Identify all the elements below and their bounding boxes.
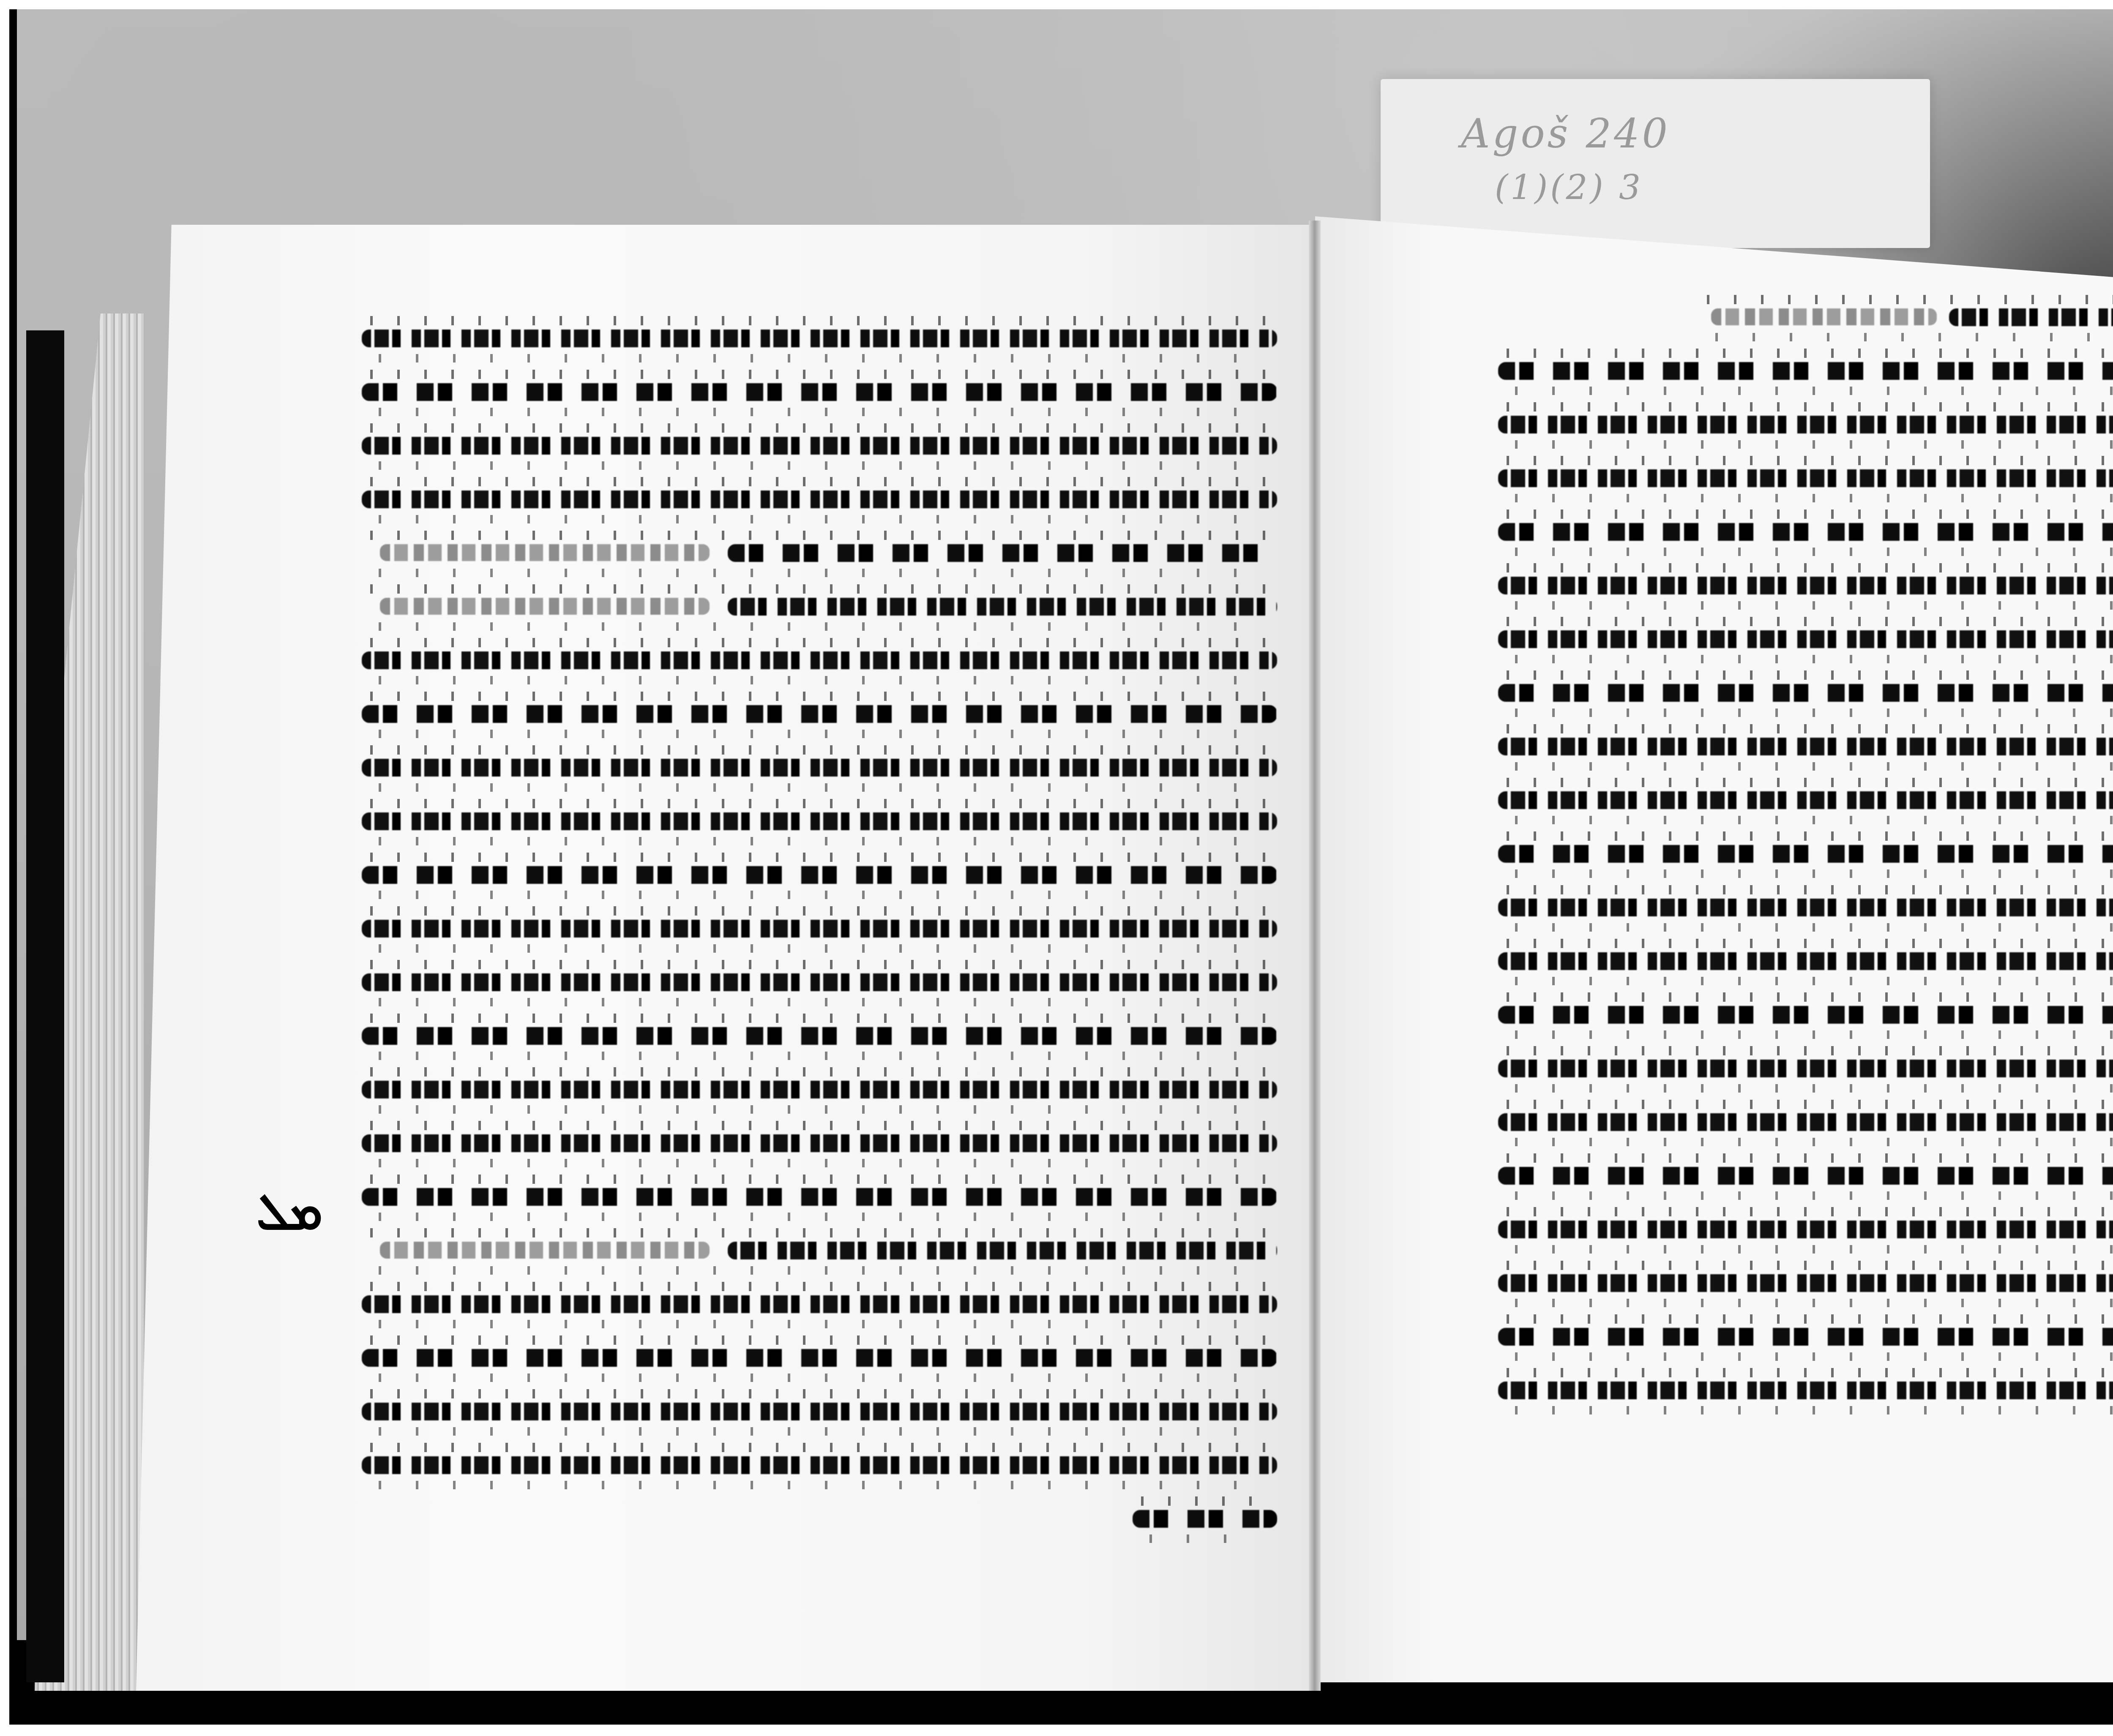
vowel-points: [1507, 670, 2113, 680]
vowel-points-low: [1515, 1352, 2113, 1361]
ink-stroke: [1498, 1221, 2113, 1238]
manuscript-line: [1455, 1151, 2113, 1205]
ink-stroke: [362, 1403, 1277, 1420]
vowel-points-low: [379, 1266, 1256, 1275]
photo-frame: Agoš 240 (1)(2) 3 ܡܫ ܡܠ Apollo...: [9, 9, 2113, 1725]
vowel-points: [1507, 456, 2113, 465]
vowel-points: [370, 316, 1269, 325]
ink-stroke: [362, 491, 1277, 508]
manuscript-line: [314, 796, 1277, 850]
vowel-points: [370, 1175, 1269, 1184]
manuscript-line: [314, 528, 1277, 582]
vowel-points: [1507, 885, 2113, 894]
vowel-points-low: [1515, 1030, 2113, 1039]
ink-stroke: [1498, 1113, 2113, 1131]
ink-stroke: [1498, 362, 2113, 380]
vowel-points-low: [379, 676, 1256, 684]
manuscript-line: [1455, 1205, 2113, 1258]
ink-stroke: [728, 598, 1277, 616]
manuscript-line: [1455, 829, 2113, 883]
manuscript-line: [314, 957, 1277, 1011]
manuscript-line: [314, 367, 1277, 421]
book-gutter: [1309, 221, 1321, 1691]
vowel-points: [370, 584, 1269, 594]
manuscript-line: [1455, 1097, 2113, 1151]
vowel-points: [370, 1228, 1269, 1237]
manuscript-line: [314, 1011, 1277, 1065]
ink-stroke: [362, 705, 1277, 723]
vowel-points: [370, 1282, 1269, 1291]
manuscript-line: [1455, 1419, 2113, 1473]
vowel-points-low: [1515, 762, 2113, 771]
manuscript-line: [314, 1279, 1277, 1333]
ink-stroke: [362, 1188, 1277, 1206]
vowel-points-low: [379, 891, 1256, 899]
ink-stroke: [362, 866, 1277, 884]
manuscript-line: [1455, 400, 2113, 453]
manuscript-line: [1455, 1365, 2113, 1419]
vowel-points-low: [379, 1320, 1256, 1328]
ink-stroke: [1498, 845, 2113, 863]
manuscript-line: [314, 850, 1277, 904]
vowel-points: [1507, 402, 2113, 412]
vowel-points: [1141, 1496, 1269, 1506]
rubric-ink: [380, 544, 710, 561]
vowel-points-low: [1515, 494, 2113, 502]
ink-stroke: [1498, 523, 2113, 541]
vowel-points: [370, 638, 1269, 647]
vowel-points: [1507, 831, 2113, 841]
vowel-points: [370, 906, 1269, 916]
manuscript-line: [1455, 936, 2113, 990]
vowel-points-low: [379, 1105, 1256, 1114]
vowel-points-low: [379, 998, 1256, 1006]
manuscript-line: [1455, 614, 2113, 668]
manuscript-line: [314, 1065, 1277, 1118]
manuscript-line: [1455, 775, 2113, 829]
vowel-points: [1507, 778, 2113, 787]
ink-stroke: [1498, 416, 2113, 433]
vowel-points-low: [1515, 655, 2113, 663]
ink-stroke: [362, 1134, 1277, 1152]
ink-stroke: [1498, 899, 2113, 916]
vowel-points-low: [1515, 601, 2113, 610]
manuscript-line: [1455, 990, 2113, 1044]
vowel-points-low: [1515, 816, 2113, 824]
vowel-points: [370, 370, 1269, 379]
vowel-points: [1507, 1314, 2113, 1324]
rubric-ink: [1711, 308, 1937, 325]
vowel-points: [370, 692, 1269, 701]
right-page-text: [1455, 292, 2113, 1473]
vowel-points: [1507, 724, 2113, 733]
vowel-points: [370, 477, 1269, 486]
vowel-points-low: [1715, 333, 2113, 341]
ink-stroke: [1498, 1382, 2113, 1399]
ink-stroke: [362, 1295, 1277, 1313]
vowel-points: [370, 1443, 1269, 1452]
vowel-points: [1507, 349, 2113, 358]
vowel-points: [370, 960, 1269, 969]
vowel-points-low: [379, 944, 1256, 953]
rubric-ink: [380, 1242, 710, 1259]
ink-stroke: [1133, 1510, 1277, 1528]
vowel-points: [1507, 1368, 2113, 1377]
manuscript-line: [314, 474, 1277, 528]
manuscript-line: [1455, 668, 2113, 722]
manuscript-line: [314, 582, 1277, 635]
ink-stroke: [1498, 684, 2113, 702]
ink-stroke: [362, 920, 1277, 937]
ink-stroke: [1498, 577, 2113, 594]
manuscript-line: [314, 421, 1277, 474]
open-manuscript: ܡܫ ܡܠ: [9, 9, 2113, 1725]
vowel-points: [370, 423, 1269, 433]
manuscript-line: [1455, 507, 2113, 561]
manuscript-line: [1455, 883, 2113, 936]
ink-stroke: [1498, 1167, 2113, 1185]
vowel-points: [1507, 1261, 2113, 1270]
ink-stroke: [362, 383, 1277, 401]
manuscript-line: [314, 743, 1277, 796]
manuscript-line: [314, 635, 1277, 689]
vowel-points-low: [379, 1052, 1256, 1060]
vowel-points-low: [1515, 1084, 2113, 1093]
vowel-points: [370, 1335, 1269, 1345]
ink-stroke: [1498, 952, 2113, 970]
manuscript-line: [314, 1172, 1277, 1226]
ink-stroke: [362, 651, 1277, 669]
ink-stroke: [1498, 469, 2113, 487]
vowel-points-low: [1515, 1245, 2113, 1254]
manuscript-line: [314, 1494, 1277, 1548]
manuscript-line: [314, 904, 1277, 957]
ink-stroke: [362, 1456, 1277, 1474]
vowel-points: [370, 745, 1269, 755]
vowel-points-low: [379, 461, 1256, 470]
vowel-points-low: [379, 730, 1256, 738]
ink-stroke: [362, 812, 1277, 830]
manuscript-line: [314, 1333, 1277, 1387]
vowel-points-low: [1515, 1299, 2113, 1307]
vowel-points-low: [379, 408, 1256, 416]
vowel-points-low: [1515, 1138, 2113, 1146]
manuscript-line: [314, 689, 1277, 743]
vowel-points-low: [1515, 440, 2113, 449]
manuscript-line: [1455, 1312, 2113, 1365]
vowel-points: [370, 531, 1269, 540]
vowel-points-low: [379, 837, 1256, 845]
vowel-points: [1507, 992, 2113, 1002]
vowel-points-low: [379, 1374, 1256, 1382]
vowel-points-low: [1515, 387, 2113, 395]
vowel-points-low: [1515, 1191, 2113, 1200]
ink-stroke: [1949, 308, 2113, 326]
vowel-points: [1507, 1207, 2113, 1216]
vowel-points: [1507, 563, 2113, 572]
manuscript-line: [314, 1226, 1277, 1279]
vowel-points-low: [379, 1213, 1256, 1221]
vowel-points: [1507, 1153, 2113, 1163]
ink-stroke: [362, 1081, 1277, 1098]
manuscript-line: [1455, 1258, 2113, 1312]
vowel-points-low: [1149, 1534, 1256, 1543]
left-binding: [26, 330, 64, 1682]
vowel-points-low: [379, 354, 1256, 362]
vowel-points-low: [379, 569, 1256, 577]
vowel-points: [370, 1014, 1269, 1023]
ink-stroke: [1498, 1060, 2113, 1077]
ink-stroke: [362, 973, 1277, 991]
vowel-points: [370, 799, 1269, 808]
manuscript-line: [1455, 561, 2113, 614]
manuscript-line: [314, 1440, 1277, 1494]
ink-stroke: [1498, 738, 2113, 755]
vowel-points: [1507, 1046, 2113, 1055]
vowel-points: [1507, 1100, 2113, 1109]
vowel-points-low: [1515, 977, 2113, 985]
vowel-points-low: [1515, 923, 2113, 932]
vowel-points: [370, 1067, 1269, 1076]
ink-stroke: [1498, 1274, 2113, 1292]
margin-note: ܡܠ: [257, 1182, 322, 1242]
vowel-points-low: [379, 1159, 1256, 1167]
vowel-points-low: [1515, 548, 2113, 556]
ink-stroke: [728, 544, 1277, 562]
ink-stroke: [728, 1242, 1277, 1259]
manuscript-line: [314, 1118, 1277, 1172]
vowel-points: [1707, 295, 2113, 304]
vowel-points-low: [379, 515, 1256, 523]
ink-stroke: [362, 1027, 1277, 1045]
ink-stroke: [362, 330, 1277, 347]
vowel-points-low: [379, 622, 1256, 631]
vowel-points-low: [1515, 709, 2113, 717]
vowel-points-low: [379, 1427, 1256, 1436]
vowel-points: [1507, 510, 2113, 519]
ink-stroke: [362, 1349, 1277, 1367]
manuscript-line: [1455, 346, 2113, 400]
vowel-points-low: [379, 783, 1256, 792]
ink-stroke: [362, 759, 1277, 777]
vowel-points-low: [1515, 869, 2113, 878]
ink-stroke: [1498, 630, 2113, 648]
manuscript-line: [1455, 722, 2113, 775]
vowel-points: [1507, 617, 2113, 626]
manuscript-line: [314, 1387, 1277, 1440]
vowel-points: [370, 1389, 1269, 1398]
manuscript-line: [1455, 453, 2113, 507]
manuscript-line: [1455, 292, 2113, 346]
left-page-text: [314, 313, 1277, 1548]
vowel-points-low: [379, 1481, 1256, 1489]
vowel-points: [370, 1121, 1269, 1130]
ink-stroke: [1498, 1006, 2113, 1024]
rubric-ink: [380, 598, 710, 615]
ink-stroke: [1498, 791, 2113, 809]
ink-stroke: [1498, 1328, 2113, 1346]
manuscript-line: [314, 313, 1277, 367]
vowel-points: [1507, 939, 2113, 948]
vowel-points-low: [1515, 1406, 2113, 1414]
vowel-points: [370, 853, 1269, 862]
ink-stroke: [362, 437, 1277, 455]
manuscript-line: [1455, 1044, 2113, 1097]
